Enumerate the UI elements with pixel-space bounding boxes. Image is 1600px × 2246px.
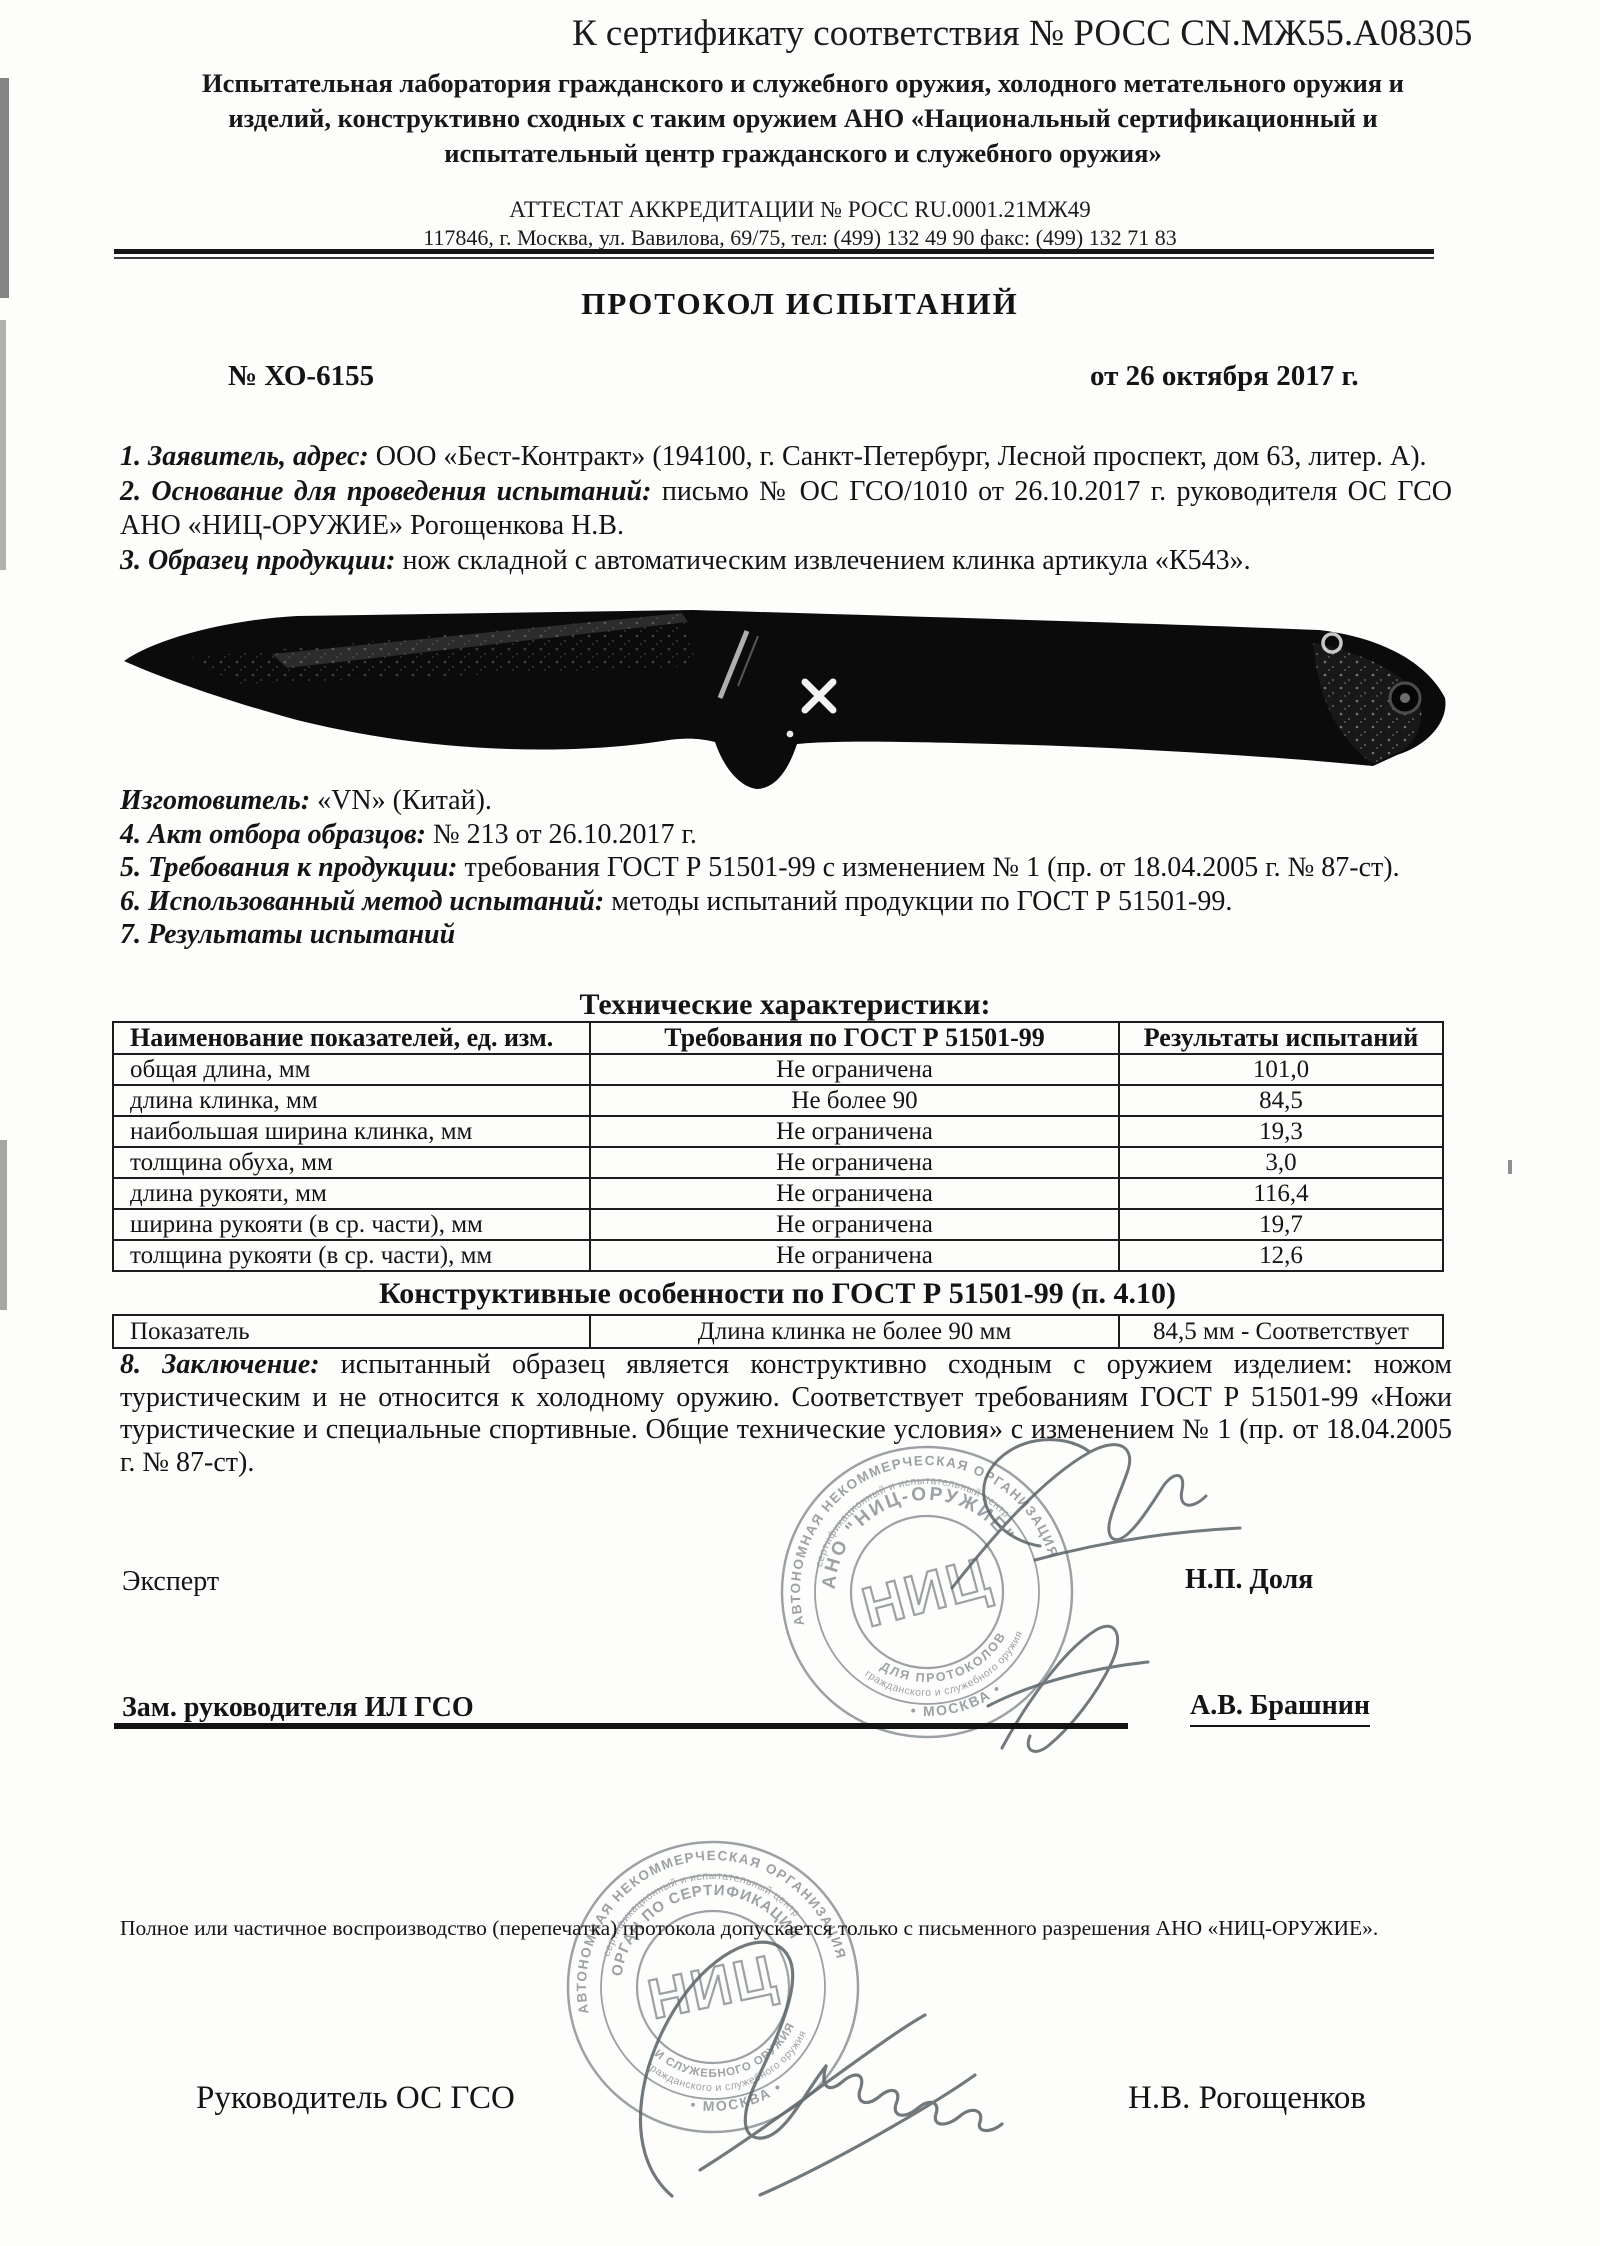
item-lead: Изготовитель: xyxy=(120,785,310,816)
table-cell: 12,6 xyxy=(1119,1240,1443,1271)
table-cell: Длина клинка не более 90 мм xyxy=(590,1315,1119,1348)
page-title: ПРОТОКОЛ ИСПЫТАНИЙ xyxy=(0,286,1600,322)
header-divider xyxy=(114,249,1434,259)
item-basis: 2. Основание для проведения испытаний: п… xyxy=(120,475,1452,544)
table-row: ширина рукояти (в ср. части), ммНе огран… xyxy=(113,1209,1443,1240)
item-sampling-act: 4. Акт отбора образцов: № 213 от 26.10.2… xyxy=(120,818,1452,852)
item-lead: 2. Основание для проведения испытаний: xyxy=(120,476,651,507)
scanned-protocol-page: К сертификату соответствия № РОСС CN.МЖ5… xyxy=(0,0,1600,2246)
table-cell: 116,4 xyxy=(1119,1178,1443,1209)
features-title: Конструктивные особенности по ГОСТ Р 515… xyxy=(0,1277,1555,1311)
signature-name-deputy: А.В. Брашнин xyxy=(1190,1690,1370,1727)
table-row: длина клинка, ммНе более 9084,5 xyxy=(113,1085,1443,1116)
knife-silhouette xyxy=(124,610,1445,789)
items-block-2: Изготовитель: «VN» (Китай). 4. Акт отбор… xyxy=(120,784,1452,952)
item-method: 6. Использованный метод испытаний: метод… xyxy=(120,885,1452,919)
table-cell: 3,0 xyxy=(1119,1147,1443,1178)
signature-name-head: Н.В. Рогощенков xyxy=(1128,2080,1366,2117)
table-cell: длина клинка, мм xyxy=(113,1085,590,1116)
table-cell: Показатель xyxy=(113,1315,590,1348)
item-lead: 3. Образец продукции: xyxy=(120,545,396,576)
accreditation-line: АТТЕСТАТ АККРЕДИТАЦИИ № РОСС RU.0001.21М… xyxy=(0,197,1600,223)
table-cell: толщина рукояти (в ср. части), мм xyxy=(113,1240,590,1271)
protocol-date: от 26 октября 2017 г. xyxy=(1090,360,1359,393)
item-lead: 5. Требования к продукции: xyxy=(120,852,458,883)
table-cell: 84,5 мм - Соответствует xyxy=(1119,1315,1443,1348)
deputy-signature xyxy=(960,1600,1180,1770)
knife-photo xyxy=(122,606,1458,804)
table-row: толщина обуха, ммНе ограничена3,0 xyxy=(113,1147,1443,1178)
certificate-reference-line: К сертификату соответствия № РОСС CN.МЖ5… xyxy=(572,12,1512,55)
header-cell: Наименование показателей, ед. изм. xyxy=(113,1022,590,1054)
item-lead: 4. Акт отбора образцов: xyxy=(120,819,426,850)
table-row: толщина рукояти (в ср. части), ммНе огра… xyxy=(113,1240,1443,1271)
signature-role-head: Руководитель ОС ГСО xyxy=(196,2080,515,2117)
protocol-number: № ХО-6155 xyxy=(228,360,374,393)
laboratory-name: Испытательная лаборатория гражданского и… xyxy=(158,66,1448,172)
item-results: 7. Результаты испытаний xyxy=(120,918,1452,952)
item-text: требования ГОСТ Р 51501-99 с изменением … xyxy=(465,852,1400,883)
items-block-1: 1. Заявитель, адрес: ООО «Бест-Контракт»… xyxy=(120,440,1452,578)
table-row: Показатель Длина клинка не более 90 мм 8… xyxy=(113,1315,1443,1348)
scan-artifact xyxy=(0,320,6,570)
table-cell: 19,7 xyxy=(1119,1209,1443,1240)
item-applicant: 1. Заявитель, адрес: ООО «Бест-Контракт»… xyxy=(120,440,1452,475)
scan-artifact xyxy=(1508,1160,1512,1174)
item-text: «VN» (Китай). xyxy=(317,785,492,816)
characteristics-table: Наименование показателей, ед. изм. Требо… xyxy=(112,1021,1444,1272)
table-cell: Не ограничена xyxy=(590,1147,1119,1178)
signature-name-expert: Н.П. Доля xyxy=(1185,1564,1313,1596)
table-row: длина рукояти, ммНе ограничена116,4 xyxy=(113,1178,1443,1209)
item-text: нож складной с автоматическим извлечение… xyxy=(403,545,1251,576)
table-header-row: Наименование показателей, ед. изм. Требо… xyxy=(113,1022,1443,1054)
item-manufacturer: Изготовитель: «VN» (Китай). xyxy=(120,784,1452,818)
item-lead: 7. Результаты испытаний xyxy=(120,919,455,950)
table-row: наибольшая ширина клинка, ммНе ограничен… xyxy=(113,1116,1443,1147)
table-cell: 101,0 xyxy=(1119,1054,1443,1085)
laboratory-address: 117846, г. Москва, ул. Вавилова, 69/75, … xyxy=(0,225,1600,251)
item-text: методы испытаний продукции по ГОСТ Р 515… xyxy=(611,886,1232,917)
header-cell: Результаты испытаний xyxy=(1119,1022,1443,1054)
table-cell: длина рукояти, мм xyxy=(113,1178,590,1209)
table-cell: Не более 90 xyxy=(590,1085,1119,1116)
table-cell: Не ограничена xyxy=(590,1116,1119,1147)
table-cell: Не ограничена xyxy=(590,1054,1119,1085)
item-text: № 213 от 26.10.2017 г. xyxy=(433,819,697,850)
table-cell: Не ограничена xyxy=(590,1209,1119,1240)
header-cell: Требования по ГОСТ Р 51501-99 xyxy=(590,1022,1119,1054)
item-lead: 1. Заявитель, адрес: xyxy=(120,441,369,472)
table-title: Технические характеристики: xyxy=(0,988,1570,1022)
table-cell: Не ограничена xyxy=(590,1240,1119,1271)
item-text: ООО «Бест-Контракт» (194100, г. Санкт-Пе… xyxy=(376,441,1427,472)
item-sample: 3. Образец продукции: нож складной с авт… xyxy=(120,544,1452,579)
table-cell: 84,5 xyxy=(1119,1085,1443,1116)
table-cell: Не ограничена xyxy=(590,1178,1119,1209)
item-lead: 8. Заключение: xyxy=(120,1349,320,1380)
table-cell: толщина обуха, мм xyxy=(113,1147,590,1178)
item-lead: 6. Использованный метод испытаний: xyxy=(120,886,604,917)
item-requirements: 5. Требования к продукции: требования ГО… xyxy=(120,851,1452,885)
table-cell: наибольшая ширина клинка, мм xyxy=(113,1116,590,1147)
signature-line xyxy=(114,1723,1128,1729)
scan-artifact xyxy=(0,78,9,298)
table-cell: 19,3 xyxy=(1119,1116,1443,1147)
table-cell: ширина рукояти (в ср. части), мм xyxy=(113,1209,590,1240)
signature-role-expert: Эксперт xyxy=(122,1566,219,1598)
table-cell: общая длина, мм xyxy=(113,1054,590,1085)
table-row: общая длина, ммНе ограничена101,0 xyxy=(113,1054,1443,1085)
features-table: Показатель Длина клинка не более 90 мм 8… xyxy=(112,1314,1444,1349)
head-signature xyxy=(600,1880,1060,2210)
